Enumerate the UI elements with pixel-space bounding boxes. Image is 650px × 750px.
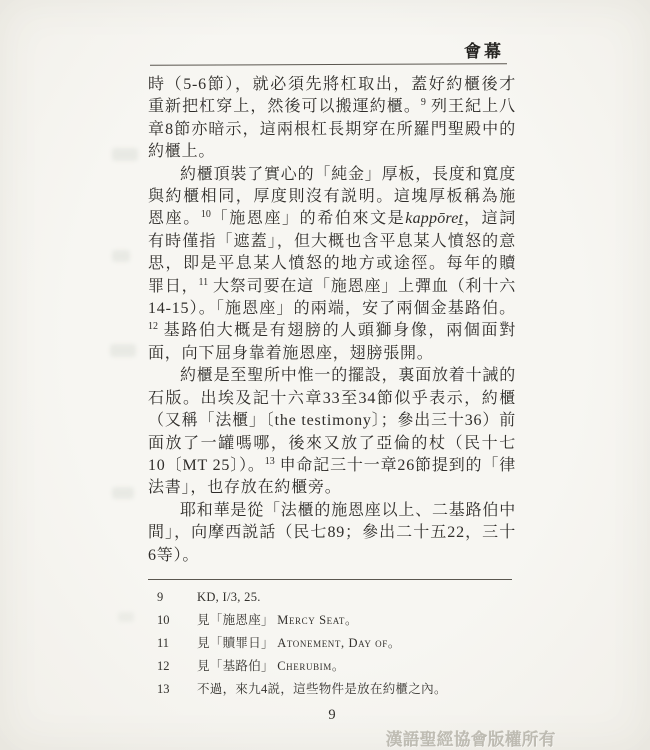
dictionary-entry-ref: Atonement, Day of	[277, 636, 388, 650]
footnote-separator-rule	[148, 579, 512, 580]
footnote-number: 12	[157, 655, 170, 678]
footnote-marker: 12	[148, 321, 158, 332]
transliterated-term: kappōreṯ	[405, 210, 463, 227]
ink-bleed-smudge	[112, 250, 130, 262]
body-text-block: 時（5-6節），就必須先將杠取出，蓋好約櫃後才重新把杠穿上，然後可以搬運約櫃。9…	[148, 74, 516, 567]
copyright-watermark: 漢語聖經協會版權所有	[386, 726, 556, 750]
book-page-scan: 會幕 時（5-6節），就必須先將杠取出，蓋好約櫃後才重新把杠穿上，然後可以搬運約…	[0, 0, 650, 750]
footnote-number: 10	[157, 609, 170, 632]
footnote-marker: 10	[201, 209, 211, 220]
footnote-number: 13	[157, 678, 170, 701]
footnote: 10見「施恩座」 Mercy Seat。	[148, 609, 520, 632]
footnote-marker: 11	[199, 277, 209, 288]
ink-bleed-smudge	[118, 612, 134, 622]
dictionary-entry-ref: Mercy Seat	[277, 613, 345, 627]
footnote: 9KD, I/3, 25.	[148, 586, 520, 609]
ink-bleed-smudge	[112, 148, 138, 161]
footnote: 11見「贖罪日」 Atonement, Day of。	[148, 632, 520, 655]
footnote-marker: 13	[265, 456, 275, 467]
footnote: 12見「基路伯」 Cherubim。	[148, 655, 520, 678]
ink-bleed-smudge	[112, 487, 134, 499]
paragraph: 約櫃是至聖所中惟一的擺設，裏面放着十誡的石版。出埃及記十六章33至34節似乎表示…	[148, 365, 516, 499]
header-rule	[150, 63, 507, 66]
footnote-list: 9KD, I/3, 25.10見「施恩座」 Mercy Seat。11見「贖罪日…	[148, 586, 520, 700]
ink-bleed-smudge	[110, 344, 136, 357]
footnote-number: 11	[157, 632, 169, 655]
footnote-number: 9	[157, 586, 163, 609]
page-number: 9	[148, 707, 516, 724]
paragraph: 時（5-6節），就必須先將杠取出，蓋好約櫃後才重新把杠穿上，然後可以搬運約櫃。9…	[148, 74, 516, 164]
running-title: 會幕	[464, 37, 504, 62]
paragraph: 耶和華是從「法櫃的施恩座以上、二基路伯中間」，向摩西説話（民七89；參出二十五2…	[148, 500, 516, 567]
footnote-marker: 9	[421, 97, 426, 108]
paragraph: 約櫃頂裝了實心的「純金」厚板，長度和寬度與約櫃相同，厚度則沒有説明。這塊厚板稱為…	[148, 164, 516, 366]
footnote: 13不過，來九4説，這些物件是放在約櫃之內。	[148, 678, 520, 701]
dictionary-entry-ref: Cherubim	[277, 659, 332, 673]
